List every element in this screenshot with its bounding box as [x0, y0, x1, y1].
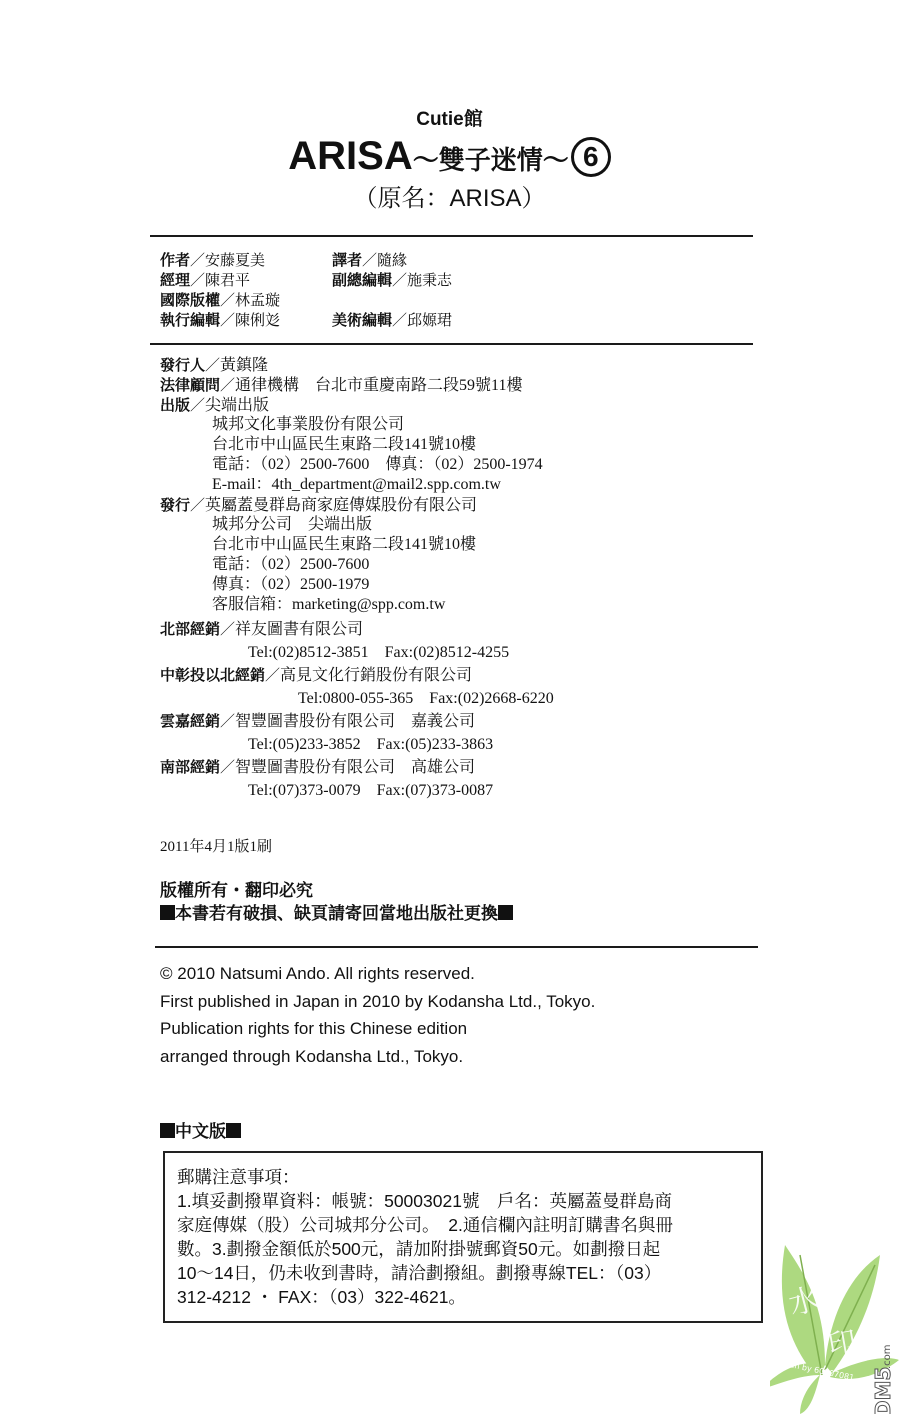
- distributor-yunjia: 雲嘉經銷／智豐圖書股份有限公司 嘉義公司: [160, 710, 554, 733]
- publisher-info: 發行人／黃鎮隆 法律顧問／通律機構 台北市重慶南路二段59號11樓 出版／尖端出…: [160, 355, 554, 802]
- issuer-line: 發行人／黃鎮隆: [160, 355, 554, 375]
- credit-executive-editor: 執行編輯／陳俐彣: [160, 310, 280, 330]
- credit-translator: 譯者／隨緣: [332, 250, 407, 270]
- black-square-icon: [498, 905, 513, 920]
- distribution-fax: 傳真：（02）2500-1979: [160, 575, 554, 595]
- notice-title: 郵購注意事項：: [177, 1165, 761, 1189]
- distributor-central-contact: Tel:0800-055-365 Fax:(02)2668-6220: [160, 687, 554, 710]
- mail-order-notice-box: 郵購注意事項： 1.填妥劃撥單資料：帳號：50003021號 戶名：英屬蓋曼群島…: [163, 1151, 763, 1323]
- leaf-watermark-icon: 水 印 Scan by 60907081 DM5 .com: [770, 1225, 899, 1414]
- legal-advisor-line: 法律顧問／通律機構 台北市重慶南路二段59號11樓: [160, 375, 554, 395]
- notice-line: 數。3.劃撥金額低於500元，請加附掛號郵資50元。如劃撥日起: [177, 1237, 761, 1261]
- copyright-notice: © 2010 Natsumi Ando. All rights reserved…: [160, 960, 595, 1070]
- volume-number-badge: 6: [571, 137, 611, 177]
- divider-staff: [150, 343, 753, 345]
- distribution-address: 台北市中山區民生東路二段141號10樓: [160, 535, 554, 555]
- distributor-yunjia-contact: Tel:(05)233-3852 Fax:(05)233-3863: [160, 733, 554, 756]
- credit-author: 作者／安藤夏美: [160, 250, 265, 270]
- chinese-edition-label: 中文版: [160, 1117, 241, 1142]
- press-phone-fax: 電話：（02）2500-7600 傳真：（02）2500-1974: [160, 455, 554, 475]
- title-subtitle: ～雙子迷情～: [413, 145, 569, 175]
- rights-reserved: 版權所有・翻印必究: [160, 880, 513, 903]
- edition-info: 2011年4月1版1刷: [160, 835, 272, 856]
- scan-watermark: 水 印 Scan by 60907081 DM5 .com: [770, 1225, 899, 1414]
- black-square-icon: [226, 1123, 241, 1138]
- title-main: ARISA: [288, 134, 412, 178]
- distributor-list: 北部經銷／祥友圖書有限公司 Tel:(02)8512-3851 Fax:(02)…: [160, 618, 554, 802]
- book-title: ARISA～雙子迷情～6: [0, 132, 899, 184]
- distributor-central: 中彰投以北經銷／高見文化行銷股份有限公司: [160, 664, 554, 687]
- press-email: E-mail：4th_department@mail2.spp.com.tw: [160, 475, 554, 495]
- press-company: 城邦文化事業股份有限公司: [160, 415, 554, 435]
- distribution-service-email: 客服信箱：marketing@spp.com.tw: [160, 595, 554, 615]
- notice-line: 10～14日，仍未收到書時，請洽劃撥組。劃撥專線TEL：（03）: [177, 1261, 761, 1285]
- distribution-phone: 電話：（02）2500-7600: [160, 555, 554, 575]
- copyright-line: © 2010 Natsumi Ando. All rights reserved…: [160, 960, 595, 988]
- distribution-branch: 城邦分公司 尖端出版: [160, 515, 554, 535]
- svg-text:DM5: DM5: [871, 1367, 895, 1414]
- divider-rights: [155, 946, 758, 948]
- distributor-south-contact: Tel:(07)373-0079 Fax:(07)373-0087: [160, 779, 554, 802]
- svg-text:印: 印: [825, 1325, 858, 1362]
- press-line: 出版／尖端出版: [160, 395, 554, 415]
- notice-line: 1.填妥劃撥單資料：帳號：50003021號 戶名：英屬蓋曼群島商: [177, 1189, 761, 1213]
- press-address: 台北市中山區民生東路二段141號10樓: [160, 435, 554, 455]
- rights-notice: 版權所有・翻印必究 本書若有破損、缺頁請寄回當地出版社更換: [160, 880, 513, 926]
- svg-text:.com: .com: [882, 1344, 893, 1369]
- distributor-south: 南部經銷／智豐圖書股份有限公司 高雄公司: [160, 756, 554, 779]
- credit-international-rights: 國際版權／林孟璇: [160, 290, 280, 310]
- distribution-line: 發行／英屬蓋曼群島商家庭傳媒股份有限公司: [160, 495, 554, 515]
- black-square-icon: [160, 905, 175, 920]
- notice-line: 家庭傳媒（股）公司城邦分公司。 2.通信欄內註明訂購書名與冊: [177, 1213, 761, 1237]
- copyright-line: arranged through Kodansha Ltd., Tokyo.: [160, 1043, 595, 1071]
- distributor-north: 北部經銷／祥友圖書有限公司: [160, 618, 554, 641]
- credit-manager: 經理／陳君平: [160, 270, 250, 290]
- credit-deputy-editor: 副總編輯／施秉志: [332, 270, 452, 290]
- black-square-icon: [160, 1123, 175, 1138]
- notice-line: 312-4212 ・ FAX：（03）322-4621。: [177, 1285, 761, 1309]
- divider-top: [150, 235, 753, 237]
- series-label: Cutie館: [0, 104, 899, 131]
- original-title: （原名：ARISA）: [0, 183, 899, 215]
- credit-art-editor: 美術編輯／邱嫄珺: [332, 310, 452, 330]
- copyright-line: First published in Japan in 2010 by Koda…: [160, 988, 595, 1016]
- distributor-north-contact: Tel:(02)8512-3851 Fax:(02)8512-4255: [160, 641, 554, 664]
- copyright-line: Publication rights for this Chinese edit…: [160, 1015, 595, 1043]
- damage-return-notice: 本書若有破損、缺頁請寄回當地出版社更換: [160, 903, 513, 926]
